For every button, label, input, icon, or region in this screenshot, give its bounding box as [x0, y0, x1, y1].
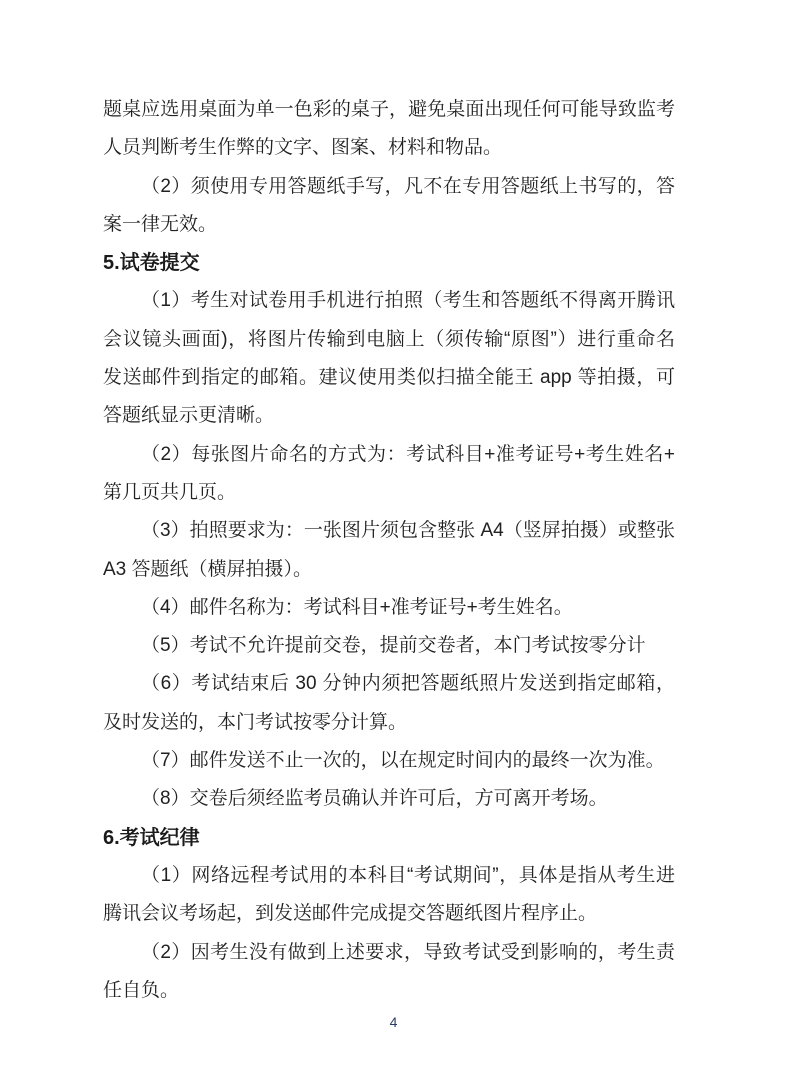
page-number: 4 [0, 1014, 787, 1030]
text-line: 答题纸显示更清晰。 [103, 397, 675, 435]
text-line: （2）因考生没有做到上述要求，导致考试受到影响的，考生责 [103, 934, 675, 972]
text-line: （8）交卷后须经监考员确认并许可后，方可离开考场。 [103, 780, 675, 818]
document-body: 题桌应选用桌面为单一色彩的桌子，避免桌面出现任何可能导致监考人员判断考生作弊的文… [103, 91, 675, 1010]
text-line: （5）考试不允许提前交卷，提前交卷者，本门考试按零分计算。 [103, 627, 675, 665]
text-line: （6）考试结束后 30 分钟内须把答题纸照片发送到指定邮箱，未 [103, 665, 675, 703]
text-line: 腾讯会议考场起，到发送邮件完成提交答题纸图片程序止。 [103, 895, 675, 933]
text-line: 会议镜头画面)，将图片传输到电脑上（须传输“原图”）进行重命名后， [103, 321, 675, 359]
text-line: （1）考生对试卷用手机进行拍照（考生和答题纸不得离开腾讯 [103, 282, 675, 320]
text-line: （2）每张图片命名的方式为：考试科目+准考证号+考生姓名+ [103, 436, 675, 474]
text-line: 人员判断考生作弊的文字、图案、材料和物品。 [103, 129, 675, 167]
section-heading: 6.考试纪律 [103, 819, 675, 857]
text-line: 案一律无效。 [103, 206, 675, 244]
text-line: （7）邮件发送不止一次的，以在规定时间内的最终一次为准。 [103, 742, 675, 780]
text-line: 第几页共几页。 [103, 474, 675, 512]
text-line: 题桌应选用桌面为单一色彩的桌子，避免桌面出现任何可能导致监考 [103, 91, 675, 129]
text-line: 任自负。 [103, 972, 675, 1010]
text-line: （1）网络远程考试用的本科目“考试期间”，具体是指从考生进入 [103, 857, 675, 895]
text-line: （2）须使用专用答题纸手写，凡不在专用答题纸上书写的，答 [103, 168, 675, 206]
text-line: 及时发送的，本门考试按零分计算。 [103, 704, 675, 742]
text-line: （4）邮件名称为：考试科目+准考证号+考生姓名。 [103, 589, 675, 627]
section-heading: 5.试卷提交 [103, 244, 675, 282]
document-page: 题桌应选用桌面为单一色彩的桌子，避免桌面出现任何可能导致监考人员判断考生作弊的文… [0, 0, 787, 1074]
text-line: （3）拍照要求为：一张图片须包含整张 A4（竖屏拍摄）或整张 [103, 512, 675, 550]
text-line: A3 答题纸（横屏拍摄）。 [103, 551, 675, 589]
text-line: 发送邮件到指定的邮箱。建议使用类似扫描全能王 app 等拍摄，可使 [103, 359, 675, 397]
